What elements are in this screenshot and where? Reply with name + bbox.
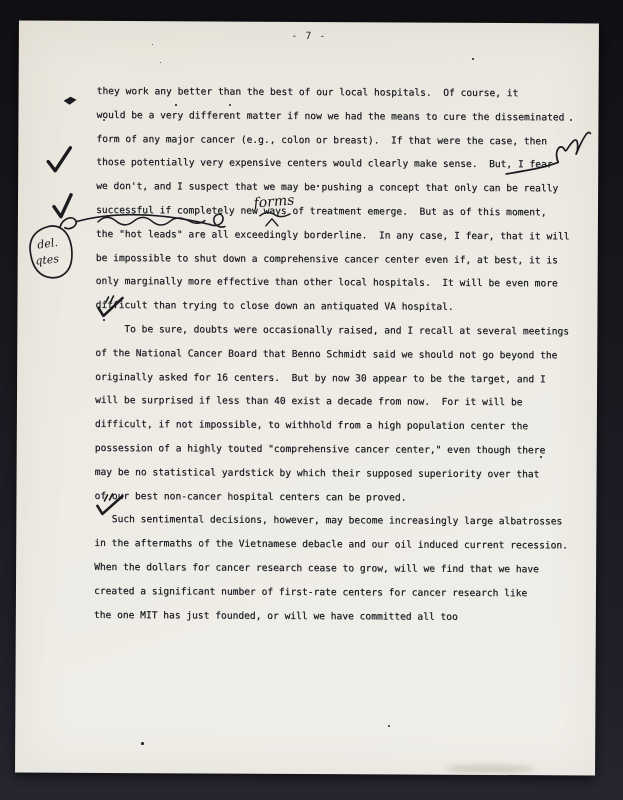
text-line: only marginally more effective than othe… <box>96 270 584 296</box>
text-line: successful if completely new ways of tre… <box>96 199 584 225</box>
circled-note-outline <box>30 226 72 278</box>
paper-speck <box>141 742 144 745</box>
checkmark-icon <box>54 195 71 217</box>
circled-note-loop <box>60 218 76 229</box>
text-line: of our best non-cancer hospital centers … <box>94 484 582 510</box>
text-line: would be a very different matter if now … <box>96 104 584 130</box>
text-line: the "hot leads" are all exceedingly bord… <box>96 223 584 249</box>
document-page: - 7 - they work any better than the best… <box>15 20 599 775</box>
text-line: form of any major cancer (e.g., colon or… <box>96 127 584 153</box>
text-line: Such sentimental decisions, however, may… <box>94 508 582 534</box>
text-line: originally asked for 16 centers. But by … <box>95 365 583 391</box>
text-line: possession of a highly touted "comprehen… <box>95 437 583 463</box>
margin-arrow-icon <box>64 97 77 105</box>
paper-speck <box>388 725 390 727</box>
text-line: difficult, if not impossible, to withhol… <box>95 413 583 439</box>
paper-smudge <box>445 765 535 773</box>
paper-speck <box>103 119 105 121</box>
paper-speck <box>540 456 542 458</box>
page-number: - 7 - <box>19 29 599 43</box>
paper-speck <box>103 319 105 321</box>
text-line: created a significant number of first-ra… <box>94 580 582 606</box>
paper-speck <box>229 104 231 106</box>
paper-speck <box>317 185 319 187</box>
text-line: those potentially very expensive centers… <box>96 151 584 177</box>
checkmark-icon <box>48 148 70 171</box>
text-line: may be no statistical yardstick by which… <box>95 461 583 487</box>
text-line: of the National Cancer Board that Benno … <box>95 342 583 368</box>
text-line: we don't, and I suspect that we may be p… <box>96 175 584 201</box>
paper-speck <box>472 58 474 60</box>
circled-note-text-1: del. <box>36 236 58 252</box>
paper-speck <box>175 104 177 106</box>
typed-text-block: they work any better than the best of ou… <box>94 80 585 630</box>
scanned-photo: - 7 - they work any better than the best… <box>0 0 623 800</box>
text-line: difficult than trying to close down an a… <box>95 294 583 320</box>
text-line: they work any better than the best of ou… <box>97 80 585 106</box>
circled-note-text-2: qtes <box>35 252 60 267</box>
text-line: be impossible to shut down a comprehensi… <box>96 246 584 272</box>
text-line: When the dollars for cancer research cea… <box>94 556 582 582</box>
paper-speck <box>570 119 572 121</box>
text-line: To be sure, doubts were occasionally rai… <box>95 318 583 344</box>
text-line: the one MIT has just founded, or will we… <box>94 603 582 629</box>
text-line: will be surprised if less than 40 exist … <box>95 389 583 415</box>
text-line: in the aftermaths of the Vietnamese deba… <box>94 532 582 558</box>
